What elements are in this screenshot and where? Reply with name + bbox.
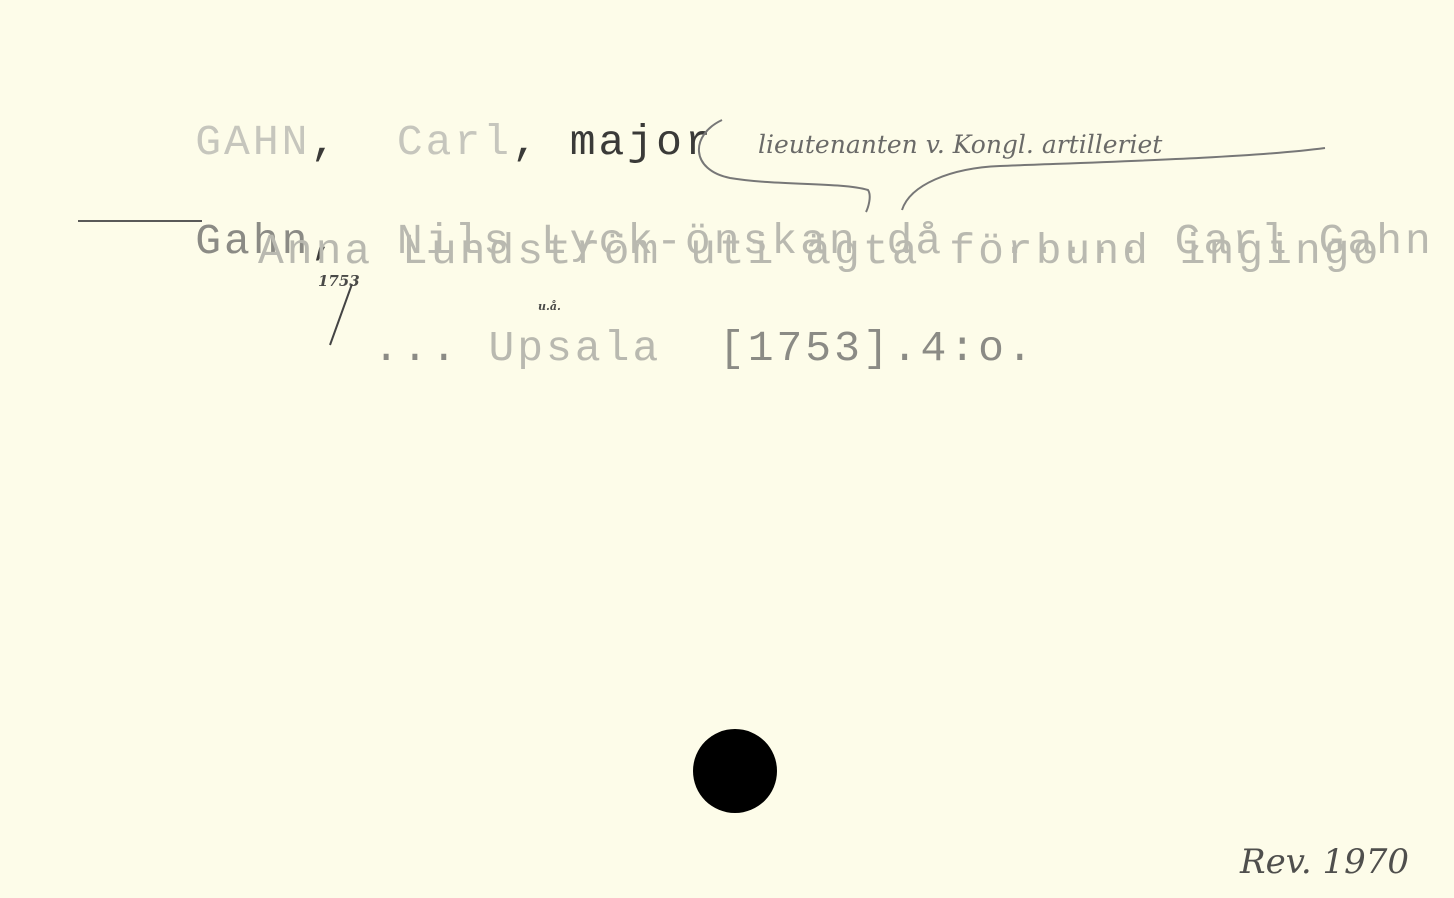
catalog-card: GAHN, Carl, major lieutenanten v. Kongl.… [0,0,1454,898]
revision-note: Rev. 1970 [1240,842,1409,882]
slash-stroke [330,284,352,345]
punch-hole [693,729,777,813]
